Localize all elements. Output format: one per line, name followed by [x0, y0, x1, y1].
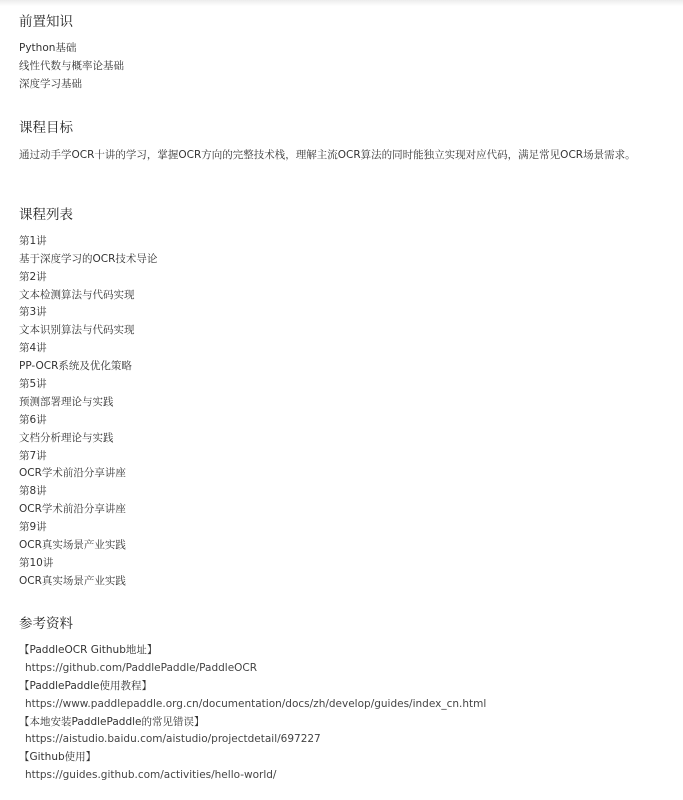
reference-link[interactable]: https://www.paddlepaddle.org.cn/document…: [25, 696, 486, 712]
reference-link[interactable]: https://aistudio.baidu.com/aistudio/proj…: [25, 731, 321, 747]
lesson-name: 文档分析理论与实践: [19, 430, 114, 446]
goal-text: 通过动手学OCR十讲的学习，掌握OCR方向的完整技术栈，理解主流OCR算法的同时…: [19, 146, 659, 164]
prerequisite-item: Python基础: [19, 40, 76, 56]
lesson-number: 第8讲: [19, 483, 47, 499]
lesson-number: 第9讲: [19, 519, 47, 535]
prerequisite-item: 深度学习基础: [19, 76, 82, 92]
reference-label: 【PaddlePaddle使用教程】: [19, 678, 152, 694]
lesson-name: 基于深度学习的OCR技术导论: [19, 251, 157, 267]
lesson-name: 文本检测算法与代码实现: [19, 287, 135, 303]
goal-heading: 课程目标: [19, 119, 73, 137]
prerequisites-heading: 前置知识: [19, 13, 73, 31]
reference-link[interactable]: https://guides.github.com/activities/hel…: [25, 767, 276, 783]
lesson-name: PP-OCR系统及优化策略: [19, 358, 132, 374]
reference-label: 【本地安装PaddlePaddle的常见错误】: [19, 714, 205, 730]
lesson-number: 第1讲: [19, 233, 47, 249]
course-list-heading: 课程列表: [19, 206, 73, 224]
lesson-name: 文本识别算法与代码实现: [19, 322, 135, 338]
reference-label: 【Github使用】: [19, 749, 96, 765]
lesson-name: 预测部署理论与实践: [19, 394, 114, 410]
lesson-name: OCR真实场景产业实践: [19, 537, 126, 553]
lesson-name: OCR真实场景产业实践: [19, 573, 126, 589]
prerequisite-item: 线性代数与概率论基础: [19, 58, 124, 74]
lesson-name: OCR学术前沿分享讲座: [19, 465, 126, 481]
lesson-number: 第10讲: [19, 555, 53, 571]
reference-label: 【PaddleOCR Github地址】: [19, 642, 157, 658]
lesson-number: 第6讲: [19, 412, 47, 428]
top-shadow-bar: [0, 0, 683, 6]
lesson-number: 第5讲: [19, 376, 47, 392]
lesson-number: 第4讲: [19, 340, 47, 356]
references-heading: 参考资料: [19, 615, 73, 633]
lesson-number: 第7讲: [19, 448, 47, 464]
lesson-number: 第3讲: [19, 304, 47, 320]
reference-link[interactable]: https://github.com/PaddlePaddle/PaddleOC…: [25, 660, 257, 676]
lesson-number: 第2讲: [19, 269, 47, 285]
lesson-name: OCR学术前沿分享讲座: [19, 501, 126, 517]
